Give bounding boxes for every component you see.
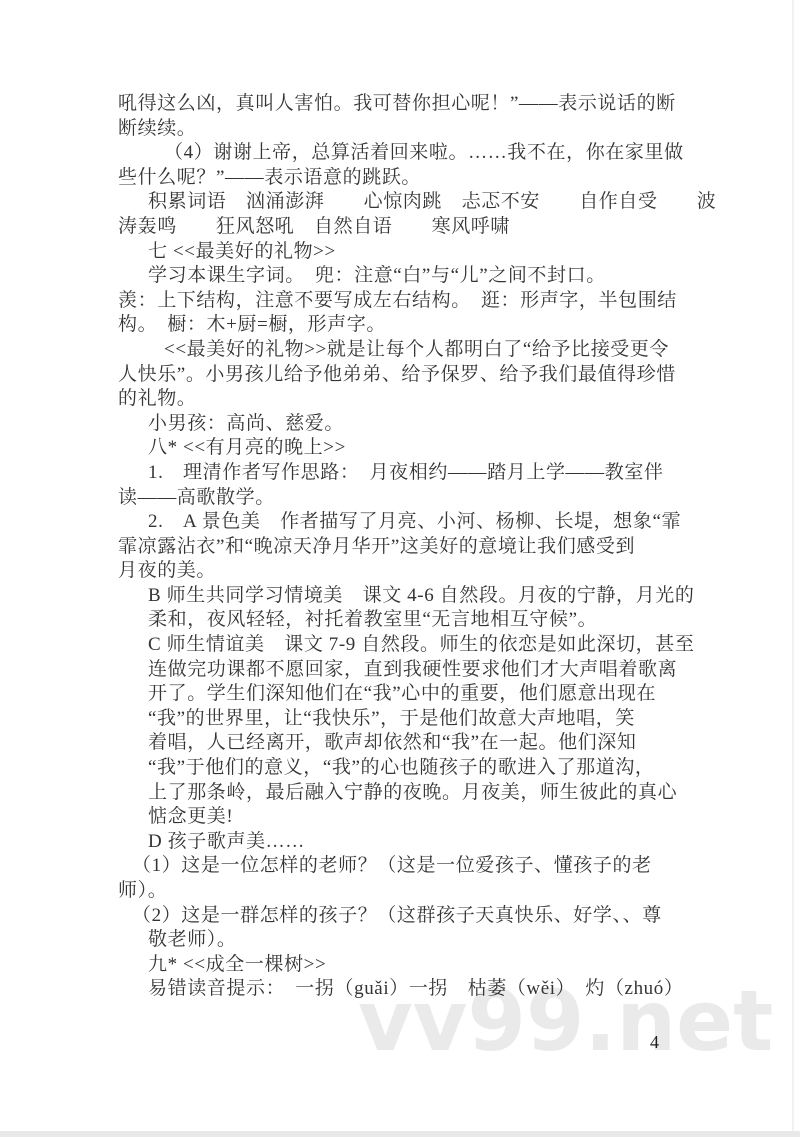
page-right-edge <box>792 0 794 1131</box>
text-line: 人快乐”。小男孩儿给予他弟弟、给予保罗、给予我们最值得珍惜 <box>118 363 718 388</box>
text-block: 吼得这么凶，真叫人害怕。我可替你担心呢！”——表示说话的断断续续。（4）谢谢上帝… <box>118 92 718 1002</box>
text-line: 涛轰鸣 狂风怒吼 自然自语 寒风呼啸 <box>118 215 718 240</box>
text-line: “我”于他们的意义，“我”的心也随孩子的歌进入了那道沟， <box>148 756 718 781</box>
text-line: 九* <<成全一棵树>> <box>148 953 718 978</box>
page-number: 4 <box>650 1032 659 1053</box>
text-line: 开了。学生们深知他们在“我”心中的重要，他们愿意出现在 <box>148 682 718 707</box>
text-line: （4）谢谢上帝，总算活着回来啦。……我不在，你在家里做 <box>164 141 718 166</box>
scanned-document-page: vv99.net 吼得这么凶，真叫人害怕。我可替你担心呢！”——表示说话的断断续… <box>0 0 800 1137</box>
text-line: 的礼物。 <box>118 387 718 412</box>
text-line: （2）这是一群怎样的孩子？（这群孩子天真快乐、好学、、尊 <box>132 904 718 929</box>
text-line: 构。 橱：木+厨=橱，形声字。 <box>118 313 718 338</box>
text-line: C 师生情谊美 课文 7-9 自然段。师生的依恋是如此深切，甚至 <box>148 633 718 658</box>
text-line: 读——高歌散学。 <box>118 486 718 511</box>
text-line: 吼得这么凶，真叫人害怕。我可替你担心呢！”——表示说话的断 <box>118 92 718 117</box>
text-line: 些什么呢？”——表示语意的跳跃。 <box>118 166 718 191</box>
text-line: D 孩子歌声美…… <box>148 830 718 855</box>
text-line: 月夜的美。 <box>118 559 718 584</box>
text-line: 小男孩：高尚、慈爱。 <box>148 412 718 437</box>
text-line: 着唱，人已经离开，歌声却依然和“我”在一起。他们深知 <box>148 731 718 756</box>
text-line: 1. 理清作者写作思路： 月夜相约——踏月上学——教室伴 <box>148 461 718 486</box>
text-line: 积累词语 汹涌澎湃 心惊肉跳 忐忑不安 自作自受 波 <box>148 190 718 215</box>
text-line: 羡：上下结构，注意不要写成左右结构。 逛：形声字，半包围结 <box>118 289 718 314</box>
text-line: <<最美好的礼物>>就是让每个人都明白了“给予比接受更令 <box>164 338 718 363</box>
text-line: 易错读音提示： 一拐（guǎi）一拐 枯萎（wěi） 灼（zhuó） <box>148 977 718 1002</box>
text-line: 2. A 景色美 作者描写了月亮、小河、杨柳、长堤，想象“霏 <box>148 510 718 535</box>
text-line: 师）。 <box>118 879 718 904</box>
text-line: 上了那条岭，最后融入宁静的夜晚。月夜美，师生彼此的真心 <box>148 781 718 806</box>
text-line: 八* <<有月亮的晚上>> <box>148 436 718 461</box>
text-line: 霏凉露沾衣”和“晚凉天净月华开”这美好的意境让我们感受到 <box>118 535 718 560</box>
text-line: 惦念更美! <box>148 805 718 830</box>
text-line: 敬老师）。 <box>148 928 718 953</box>
text-line: 连做完功课都不愿回家，直到我硬性要求他们才大声唱着歌离 <box>148 658 718 683</box>
text-line: 断续续。 <box>118 117 718 142</box>
text-line: “我”的世界里，让“我快乐”，于是他们故意大声地唱，笑 <box>148 707 718 732</box>
text-line: （1）这是一位怎样的老师？（这是一位爱孩子、懂孩子的老 <box>132 854 718 879</box>
text-line: 柔和，夜风轻轻，衬托着教室里“无言地相互守候”。 <box>148 608 718 633</box>
page-bottom-edge <box>0 1131 800 1137</box>
text-line: B 师生共同学习情境美 课文 4-6 自然段。月夜的宁静，月光的 <box>148 584 718 609</box>
text-line: 学习本课生字词。 兜：注意“白”与“儿”之间不封口。 <box>148 264 718 289</box>
text-line: 七 <<最美好的礼物>> <box>148 240 718 265</box>
